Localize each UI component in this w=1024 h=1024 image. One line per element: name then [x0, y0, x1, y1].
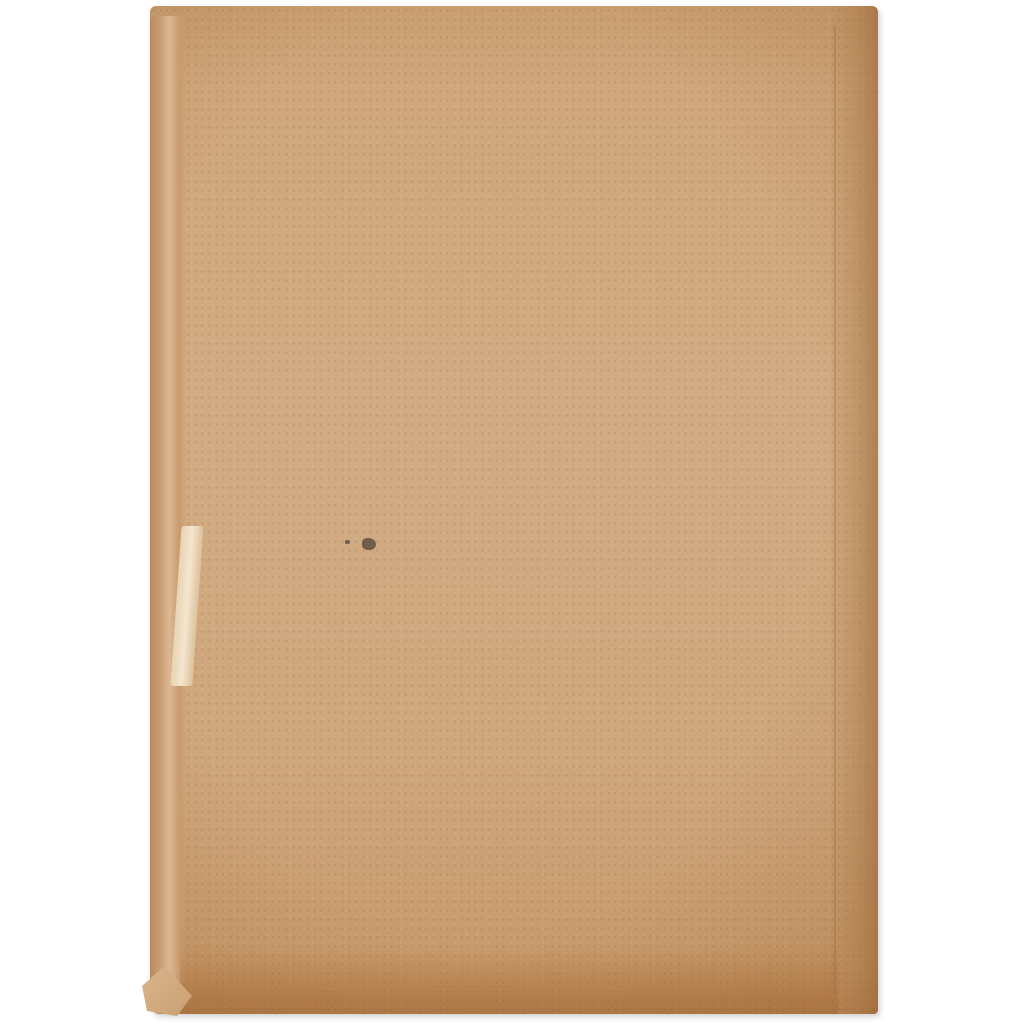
ink-spot [362, 538, 376, 550]
bottom-water-stain [180, 944, 838, 1014]
fold-crease [834, 26, 836, 994]
paper-texture [150, 6, 878, 1014]
worn-spine-edge [150, 16, 186, 984]
book-cover [150, 6, 878, 1014]
ink-speck [345, 540, 350, 544]
